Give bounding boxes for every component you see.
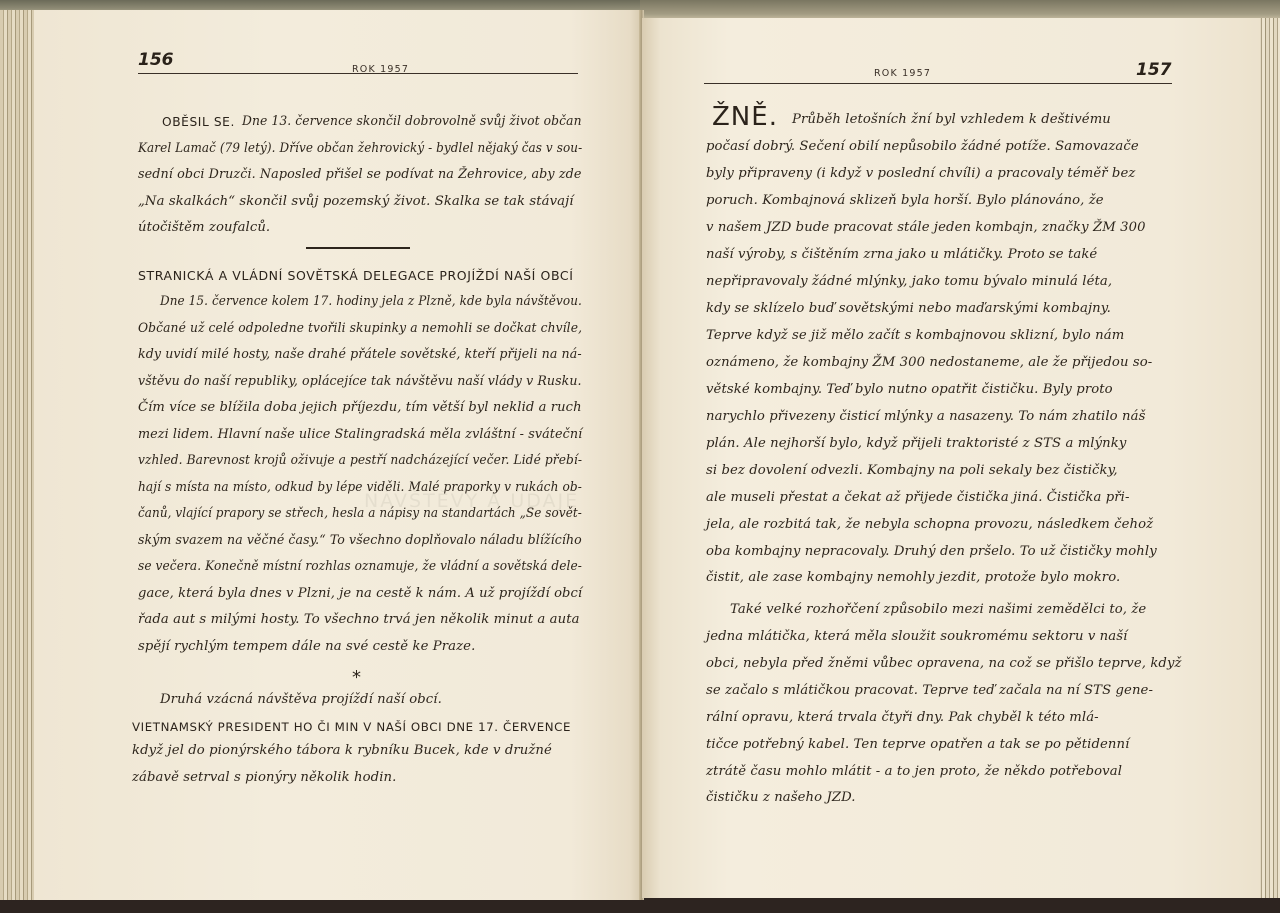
text-line: Čím více se blížila doba jejich příjezdu… (138, 400, 582, 415)
text-line: oba kombajny nepracovaly. Druhý den prše… (706, 544, 1157, 559)
text-line: sední obci Druzči. Naposled přišel se po… (138, 167, 582, 182)
text-line: jedna mlátička, která měla sloužit soukr… (706, 629, 1127, 644)
text-line: vštěvu do naší republiky, oplácejíce tak… (138, 374, 582, 389)
text-line: plán. Ale nejhorší bylo, když přijeli tr… (706, 436, 1126, 451)
asterisk-separator: * (352, 667, 361, 688)
text-line: „Na skalkách“ skončil svůj pozemský živo… (138, 194, 574, 209)
text-line: čističku z našeho JZD. (706, 790, 856, 805)
text-line: útočištěm zoufalců. (138, 220, 270, 235)
right-page-header-rule (704, 62, 1172, 84)
text-line: si bez dovolení odvezli. Kombajny na pol… (706, 463, 1118, 478)
text-line: oznámeno, že kombajny ŽM 300 nedostaneme… (706, 355, 1152, 370)
text-line: narychlo přivezeny čisticí mlýnky a nasa… (706, 409, 1145, 424)
text-line: spějí rychlým tempem dále na své cestě k… (138, 639, 475, 654)
text-line: mezi lidem. Hlavní naše ulice Stalingrad… (138, 427, 582, 442)
book-cover-bottom-edge (0, 898, 1280, 913)
left-running-head: ROK 1957 (352, 64, 409, 75)
text-line: ztrátě času mohlo mlátit - a to jen prot… (706, 764, 1122, 779)
text-line: jela, ale rozbitá tak, že nebyla schopna… (706, 517, 1153, 532)
text-line: Teprve když se již mělo začít s kombajno… (706, 328, 1124, 343)
text-line: Dne 15. července kolem 17. hodiny jela z… (160, 294, 582, 309)
text-line: se večera. Konečně místní rozhlas oznamu… (138, 559, 582, 574)
text-line: Občané už celé odpoledne tvořili skupink… (138, 321, 582, 336)
left-page-number: 156 (138, 50, 174, 70)
right-page-stack (1258, 18, 1280, 898)
text-line: zábavě setrval s pionýry několik hodin. (132, 770, 396, 785)
left-page: 156 ROK 1957 NÁVŠTĚVY A ÚDAJE OBĚSIL SE.… (34, 10, 642, 900)
text-line: se začalo s mlátičkou pracovat. Teprve t… (706, 683, 1153, 698)
right-page: ROK 1957 157 ŽNĚ. Průběh letošních žní b… (642, 18, 1260, 898)
section-heading: OBĚSIL SE. (162, 115, 235, 129)
text-line: kdy se sklízelo buď sovětskými nebo maďa… (706, 301, 1111, 316)
text-line: poruch. Kombajnová sklizeň byla horší. B… (706, 193, 1104, 208)
section-divider (306, 247, 410, 249)
book-cover-top-edge-right (640, 0, 1280, 20)
text-line: byly připraveny (i když v poslední chvíl… (706, 166, 1135, 181)
right-page-number: 157 (1136, 60, 1172, 80)
text-line: gace, která byla dnes v Plzni, je na ces… (138, 586, 582, 601)
text-line: Karel Lamač (79 letý). Dříve občan žehro… (138, 141, 582, 156)
text-line: Průběh letošních žní byl vzhledem k dešt… (792, 112, 1111, 127)
text-line: v našem JZD bude pracovat stále jeden ko… (706, 220, 1146, 235)
text-line: počasí dobrý. Sečení obilí nepůsobilo žá… (706, 139, 1139, 154)
book-scan: 156 ROK 1957 NÁVŠTĚVY A ÚDAJE OBĚSIL SE.… (0, 0, 1280, 913)
text-line: obci, nebyla před žněmi vůbec opravena, … (706, 656, 1182, 671)
text-line: vzhled. Barevnost krojů oživuje a pestří… (138, 453, 582, 468)
text-line: ským svazem na věčné časy.“ To všechno d… (138, 533, 582, 548)
text-line: řada aut s milými hosty. To všechno trvá… (138, 612, 580, 627)
text-line: Dne 13. července skončil dobrovolně svůj… (242, 114, 582, 129)
text-line: čistit, ale zase kombajny nemohly jezdit… (706, 570, 1120, 585)
text-line: čanů, vlající prapory se střech, hesla a… (138, 506, 582, 521)
text-line: Druhá vzácná návštěva projíždí naší obcí… (160, 692, 442, 707)
text-line: tičce potřebný kabel. Ten teprve opatřen… (706, 737, 1129, 752)
text-line: když jel do pionýrského tábora k rybníku… (132, 743, 552, 758)
text-line: Také velké rozhořčení způsobilo mezi naš… (730, 602, 1146, 617)
text-line: větské kombajny. Teď bylo nutno opatřit … (706, 382, 1113, 397)
text-line: hají s místa na místo, odkud by lépe vid… (138, 480, 582, 495)
left-page-stack (0, 10, 36, 900)
section-heading: VIETNAMSKÝ PRESIDENT HO ČI MIN V NAŠÍ OB… (132, 720, 571, 734)
text-line: ale museli přestat a čekat až přijede či… (706, 490, 1130, 505)
right-running-head: ROK 1957 (874, 68, 931, 79)
text-line: kdy uvidí milé hosty, naše drahé přátele… (138, 347, 582, 362)
section-heading: STRANICKÁ A VLÁDNÍ SOVĚTSKÁ DELEGACE PRO… (138, 268, 574, 283)
section-heading: ŽNĚ. (712, 102, 778, 132)
text-line: rální opravu, která trvala čtyři dny. Pa… (706, 710, 1099, 725)
text-line: naší výroby, s čištěním zrna jako u mlát… (706, 247, 1097, 262)
text-line: nepřipravovaly žádné mlýnky, jako tomu b… (706, 274, 1112, 289)
